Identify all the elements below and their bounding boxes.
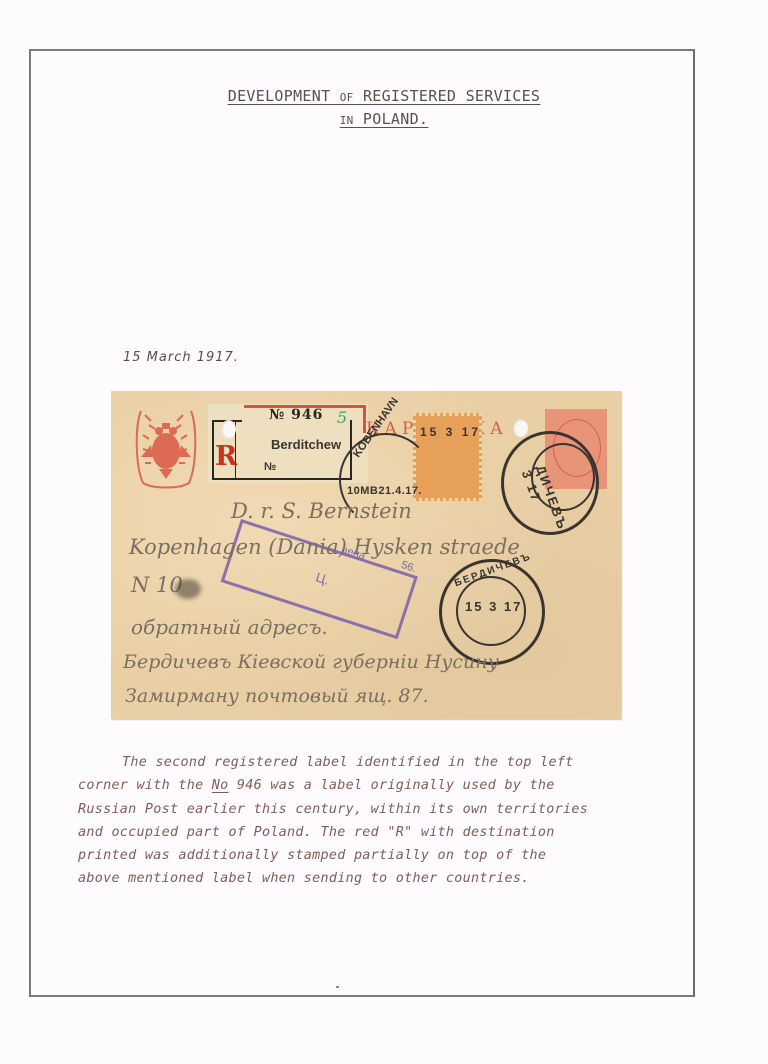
registration-number-field: № [264, 461, 276, 473]
registration-city: Berditchew [271, 437, 341, 452]
description-line: and occupied part of Poland. The red "R"… [78, 821, 678, 844]
description-line: corner with the No 946 was a label origi… [78, 774, 678, 797]
punch-hole [513, 419, 528, 437]
imperial-eagle-crest-icon [133, 405, 199, 491]
description-paragraph: The second registered label identified i… [78, 751, 678, 891]
handwritten-return-heading: обратный адресъ. [131, 615, 328, 639]
description-line: above mentioned label when sending to ot… [78, 867, 678, 890]
pencil-mark: 5 [337, 408, 347, 427]
postal-card-image: R № 946 Berditchew № 5 КАРТОЧКА 15 3 17 … [111, 391, 621, 719]
description-line: Russian Post earlier this century, withi… [78, 798, 678, 821]
handwritten-addressee: D. r. S. Bernstein [231, 499, 412, 523]
page-title-line-1: DEVELOPMENT OF REGISTERED SERVICES [0, 87, 768, 105]
page-mark [336, 986, 339, 988]
postmark-berdichev-date: 15 3 17 [465, 599, 522, 614]
registration-r-mark: R [215, 441, 237, 472]
postmark-copenhagen-date: 10MB21.4.17. [347, 485, 422, 497]
handwritten-return-line: Замирману почтовый ящ. 87. [125, 685, 429, 707]
description-line: The second registered label identified i… [78, 751, 678, 774]
handwritten-return-line: Бердичевъ Кіевской губерніи Нусину [123, 651, 499, 673]
description-line: printed was additionally stamped partial… [78, 844, 678, 867]
handwritten-address-line: Kopenhagen (Dania) Hysken straede [129, 535, 520, 559]
orange-stamp-cancel-date: 15 3 17 [420, 425, 481, 439]
registration-number: № 946 [269, 407, 323, 423]
page-title-line-2: IN POLAND. [0, 110, 768, 128]
punch-hole [221, 420, 236, 438]
cover-date: 15 March 1917. [123, 350, 239, 365]
ink-stain [175, 579, 201, 599]
